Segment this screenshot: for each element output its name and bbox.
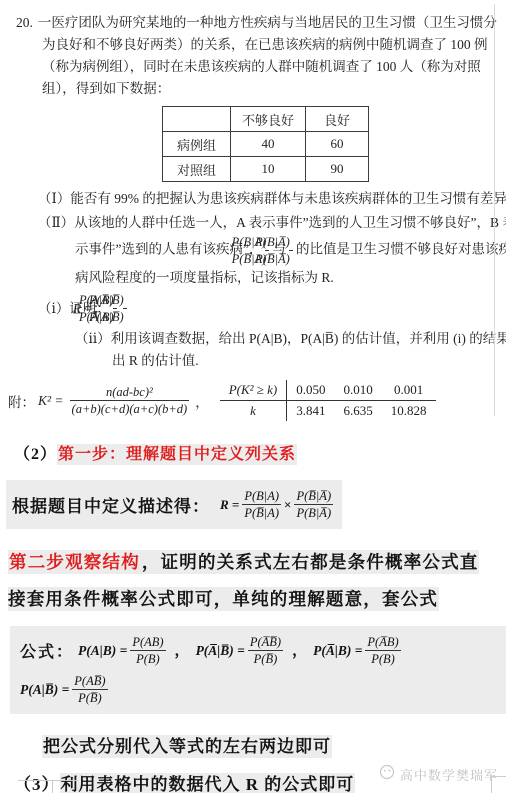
formula-lhs: R = [220, 497, 239, 513]
solution-block: （2）第一步：理解题目中定义列关系 根据题目中定义描述得： R =P(B|A)P… [0, 441, 506, 793]
table-cell: 不够良好 [231, 107, 306, 132]
definition-text: 根据题目中定义描述得： [12, 492, 210, 517]
fraction-denominator: P(B̅|A) [242, 505, 281, 521]
step1-heading-title: 第一步：理解题目中定义列关系 [57, 444, 297, 465]
fraction: P(AB̅)P(B̅) [72, 673, 107, 706]
fraction: P(B̅|A̅)P(B|A̅) [294, 488, 333, 521]
fraction-numerator: P(B|A) [242, 488, 281, 505]
document-page: 20.一医疗团队为研究某地的一种地方性疾病与当地居民的卫生习惯（卫生习惯分为良好… [0, 0, 506, 793]
fraction: P(B|A)P(B̅|A) [242, 488, 281, 521]
problem-block: 20.一医疗团队为研究某地的一种地方性疾病与当地居民的卫生习惯（卫生习惯分为良好… [0, 0, 506, 421]
fraction-numerator: P(AB̅) [72, 673, 107, 690]
sub-ii-text: 利用该调查数据，给出 P(A|B)，P(A|B̅) 的估计值，并利用 (i) 的… [111, 331, 506, 368]
fraction-numerator: P(A̅|B̅) [123, 292, 127, 309]
appendix-label: 附： [8, 391, 35, 411]
fraction-denominator: P(B̅|A̅) [289, 251, 293, 267]
table-cell: 对照组 [163, 157, 231, 182]
watermark: 高中数学樊瑞军 [379, 764, 498, 784]
table-cell: 病例组 [163, 132, 231, 157]
problem-intro: 20.一医疗团队为研究某地的一种地方性疾病与当地居民的卫生习惯（卫生习惯分为良好… [16, 12, 506, 100]
step2-red-text: 第二步观察结构 [8, 550, 141, 574]
fraction: P(A̅B̅)P(B̅) [248, 634, 283, 667]
survey-table: 不够良好 良好 病例组 40 60 对照组 10 90 [162, 106, 369, 182]
formula-separator: ， [292, 643, 307, 659]
formula-lhs: P(A|B̅) = [20, 682, 69, 698]
fraction-denominator: P(A|B̅) [123, 309, 127, 325]
table-cell: 10 [231, 157, 306, 182]
cropped-table-mark [18, 780, 78, 781]
step1-heading-prefix: （2） [14, 446, 57, 463]
table-cell: 0.001 [382, 380, 436, 401]
table-row: 对照组 10 90 [163, 157, 369, 182]
fraction: P(AB)P(B) [130, 634, 165, 667]
k2-lhs: K² = [38, 393, 64, 409]
sub-item-i: （ⅰ）证明：R =P(A|B)P(A̅|B)·P(A̅|B̅)P(A|B̅)； [75, 292, 506, 325]
part-I: （Ⅰ）能否有 99% 的把握认为患该疾病群体与未患该疾病群体的卫生习惯有差异？ [38, 188, 506, 210]
formula-row-2: P(A|B̅) =P(AB̅)P(B̅) [20, 673, 498, 706]
fraction-denominator: P(B) [130, 651, 165, 667]
fraction-denominator: P(B) [365, 651, 400, 667]
table-row: P(K² ≥ k) 0.050 0.010 0.001 [220, 380, 436, 401]
table-cell: 10.828 [382, 401, 436, 422]
fraction: P(B|A̅)P(B̅|A̅) [289, 234, 293, 267]
conditional-probability-formula: P(A|B̅) =P(AB̅)P(B̅) [20, 673, 111, 706]
fraction-numerator: n(ad-bc)² [70, 384, 190, 401]
multiply-sign: × [284, 497, 291, 513]
page-edge-line [494, 4, 495, 416]
table-row: k 3.841 6.635 10.828 [220, 401, 436, 422]
watermark-logo-icon [379, 764, 395, 784]
fraction: P(A̅B)P(B) [365, 634, 400, 667]
conditional-probability-formula: P(A|B) =P(AB)P(B) [78, 634, 169, 667]
fraction-numerator: P(B̅|A̅) [294, 488, 333, 505]
fraction-numerator: P(B|A̅) [289, 234, 293, 251]
appendix-comma: ， [195, 391, 209, 411]
cropped-table-mark [52, 780, 53, 793]
conclusion-line: 把公式分别代入等式的左右两边即可 [42, 732, 496, 757]
formula-block-label: 公式： [20, 644, 74, 661]
table-cell: 90 [306, 157, 369, 182]
step3-text: 利用表格中的数据代入 R 的公式即可 [60, 773, 356, 793]
fraction: n(ad-bc)²(a+b)(c+d)(a+c)(b+d) [70, 384, 190, 417]
part-I-text: 能否有 99% 的把握认为患该疾病群体与未患该疾病群体的卫生习惯有差异？ [70, 191, 506, 206]
part-II-label: （Ⅱ） [38, 215, 74, 230]
fraction-numerator: P(AB) [130, 634, 165, 651]
fraction-numerator: P(A̅B) [365, 634, 400, 651]
fraction-denominator: (a+b)(c+d)(a+c)(b+d) [70, 401, 190, 417]
definition-line: 根据题目中定义描述得： R =P(B|A)P(B̅|A)×P(B̅|A̅)P(B… [6, 480, 342, 529]
step2-paragraph: 第二步观察结构，证明的关系式左右都是条件概率公式直接套用条件概率公式即可，单纯的… [8, 544, 494, 618]
table-cell: 60 [306, 132, 369, 157]
step1-heading: （2）第一步：理解题目中定义列关系 [14, 441, 496, 464]
cropped-table-mark [491, 776, 506, 793]
table-cell: 0.050 [287, 380, 335, 401]
conditional-probability-formula: P(A̅|B) =P(A̅B)P(B) [313, 634, 404, 667]
conditional-probability-formula: P(A̅|B̅) =P(A̅B̅)P(B̅) [196, 634, 287, 667]
formula-lhs: P(A̅|B) = [313, 643, 362, 659]
table-row: 不够良好 良好 [163, 107, 369, 132]
appendix-row: 附：K² =n(ad-bc)²(a+b)(c+d)(a+c)(b+d)， P(K… [8, 380, 496, 421]
table-row: 病例组 40 60 [163, 132, 369, 157]
problem-intro-text: 一医疗团队为研究某地的一种地方性疾病与当地居民的卫生习惯（卫生习惯分为良好和不够… [38, 15, 497, 96]
r-definition-formula: R =P(B|A)P(B̅|A)×P(B̅|A̅)P(B|A̅) [220, 488, 336, 521]
table-cell: 6.635 [335, 401, 382, 422]
table-cell: 良好 [306, 107, 369, 132]
table-cell: P(K² ≥ k) [220, 380, 287, 401]
conclusion-text: 把公式分别代入等式的左右两边即可 [42, 735, 332, 758]
table-cell [163, 107, 231, 132]
fraction-numerator: P(A̅B̅) [248, 634, 283, 651]
table-cell: k [220, 401, 287, 422]
table-cell: 3.841 [287, 401, 335, 422]
problem-number: 20. [16, 15, 38, 30]
formula-lhs: P(A̅|B̅) = [196, 643, 245, 659]
fraction-denominator: P(B̅) [72, 690, 107, 706]
fraction-denominator: P(B|A̅) [294, 505, 333, 521]
fraction: P(A̅|B̅)P(A|B̅) [123, 292, 127, 325]
formula-block: 公式：P(A|B) =P(AB)P(B)，P(A̅|B̅) =P(A̅B̅)P(… [10, 626, 506, 714]
watermark-text: 高中数学樊瑞军 [400, 765, 498, 784]
significance-table: P(K² ≥ k) 0.050 0.010 0.001 k 3.841 6.63… [220, 380, 436, 421]
table-cell: 40 [231, 132, 306, 157]
part-II: （Ⅱ）从该地的人群中任选一人，A 表示事件”选到的人卫生习惯不够良好”，B 表示… [38, 212, 506, 289]
sub-item-ii: （ⅱ）利用该调查数据，给出 P(A|B)，P(A|B̅) 的估计值，并利用 (i… [75, 328, 506, 372]
formula-lhs: P(A|B) = [78, 643, 127, 659]
part-I-label: （Ⅰ） [38, 191, 70, 206]
fraction-denominator: P(B̅) [248, 651, 283, 667]
formula-separator: ， [175, 643, 190, 659]
table-cell: 0.010 [335, 380, 382, 401]
sub-ii-label: （ⅱ） [75, 331, 111, 346]
